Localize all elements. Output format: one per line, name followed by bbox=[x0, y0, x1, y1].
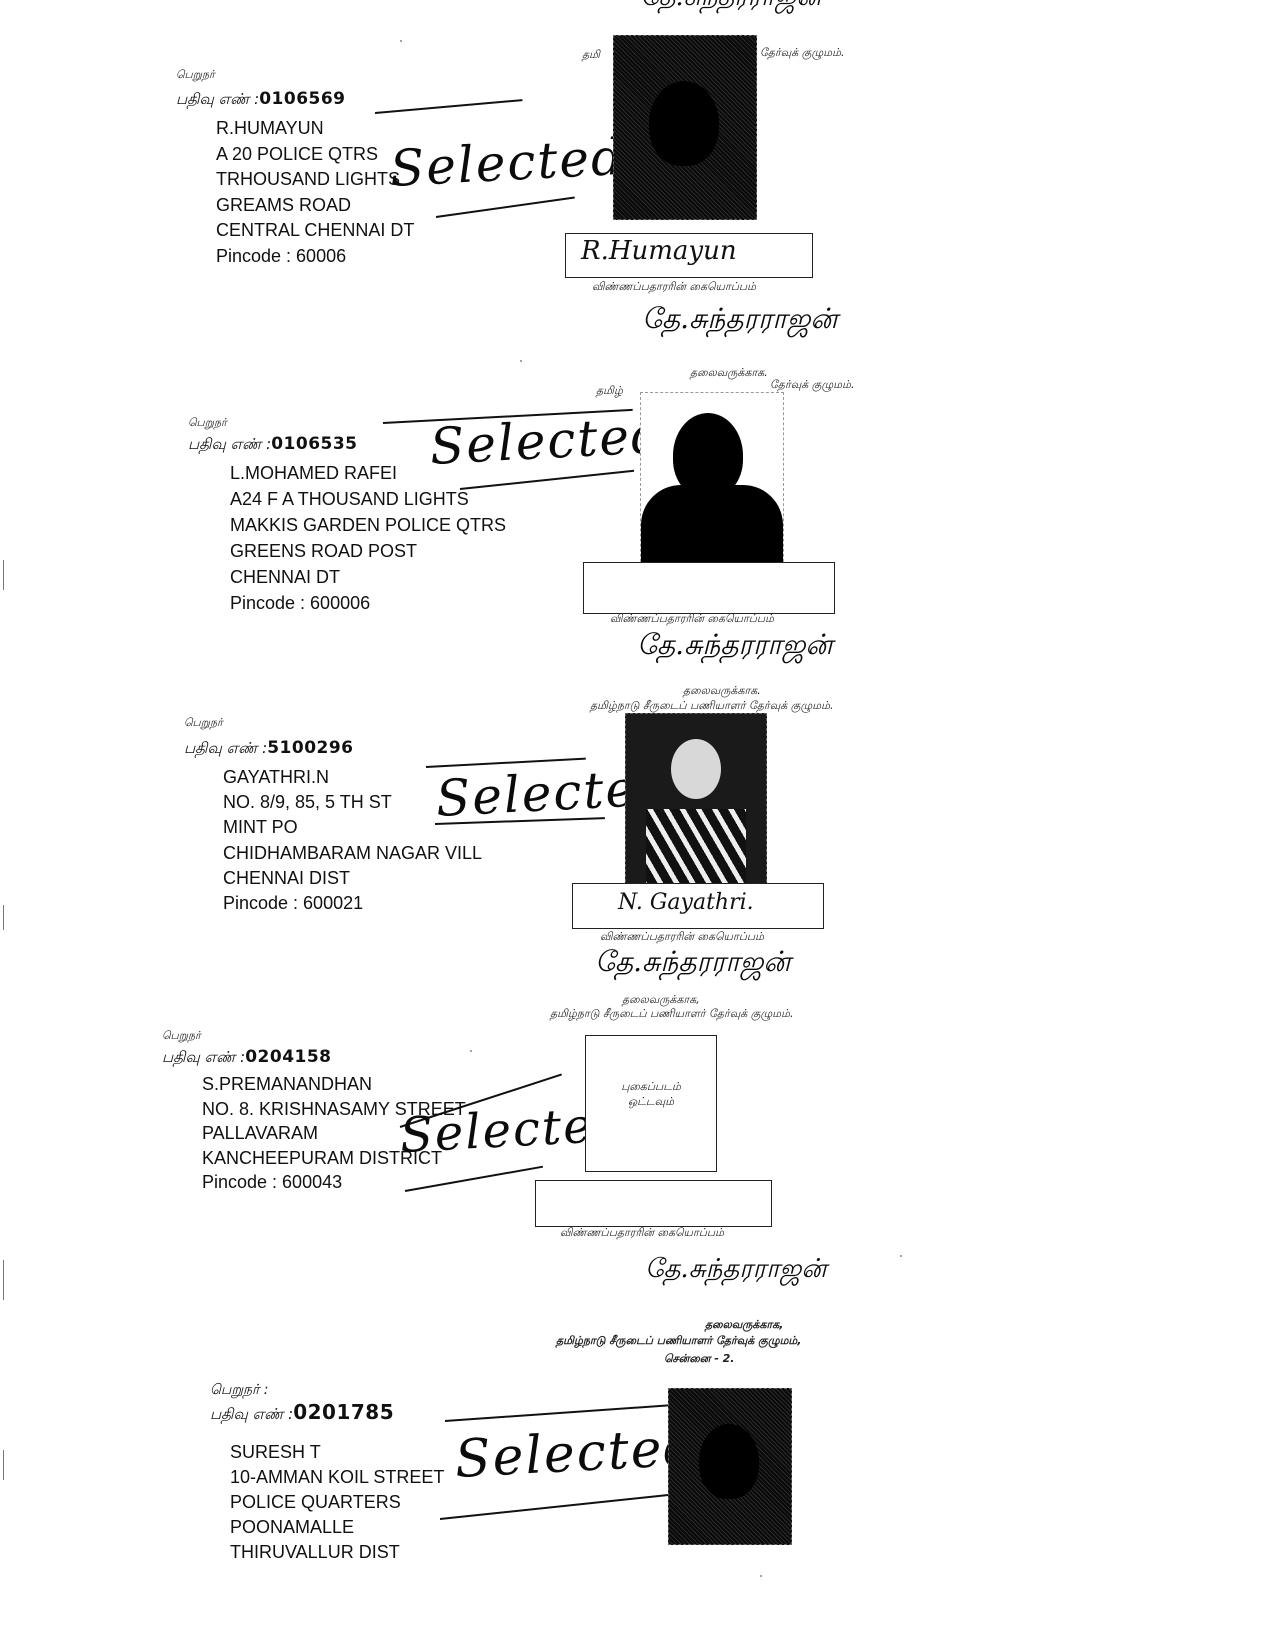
photo-placeholder-box: புகைப்படம் ஒட்டவும் bbox=[585, 1035, 717, 1172]
scan-margin-mark bbox=[3, 560, 4, 590]
scan-margin-mark bbox=[3, 905, 4, 930]
address-line: GREAMS ROAD bbox=[216, 193, 414, 219]
board-name: தமிழ்நாடு சீருடைப் பணியாளர் தேர்வுக் குழ… bbox=[550, 1007, 793, 1022]
address-line: SURESH T bbox=[230, 1440, 444, 1465]
recipient-label: பெறுநர் : bbox=[210, 1382, 268, 1400]
for-chairman-label: தலைவருக்காக, bbox=[705, 1318, 783, 1333]
address-line: A24 F A THOUSAND LIGHTS bbox=[230, 486, 506, 512]
scan-speck bbox=[520, 360, 522, 362]
applicant-signature-box bbox=[535, 1180, 772, 1227]
officer-signature: தே.சுந்தரராஜன் bbox=[645, 1254, 827, 1287]
registration-number: 0201785 bbox=[293, 1400, 394, 1424]
recipient-label: பெறுநர் bbox=[188, 416, 227, 431]
address-block: R.HUMAYUN A 20 POLICE QTRS TRHOUSAND LIG… bbox=[216, 116, 414, 269]
selected-mark: Selected bbox=[388, 128, 626, 198]
applicant-signature-label: விண்ணப்பதாரரின் கையொப்பம் bbox=[600, 930, 764, 945]
registration-number: 5100296 bbox=[267, 738, 353, 758]
photo-placeholder-line2: ஒட்டவும் bbox=[586, 1095, 716, 1110]
board-name-partial-left: தமி bbox=[582, 48, 600, 63]
registration-label: பதிவு எண் :5100296 bbox=[184, 738, 354, 759]
city-label: சென்னை - 2. bbox=[664, 1352, 734, 1367]
scan-margin-mark bbox=[3, 1450, 4, 1480]
scan-speck bbox=[760, 1575, 762, 1577]
registration-label-text: பதிவு எண் : bbox=[188, 435, 271, 453]
address-line: Pincode : 600043 bbox=[202, 1170, 466, 1195]
address-line: CENTRAL CHENNAI DT bbox=[216, 218, 414, 244]
board-name-partial-right: தேர்வுக் குழுமம். bbox=[770, 378, 854, 393]
registration-number: 0204158 bbox=[245, 1047, 331, 1067]
recipient-label: பெறுநர் bbox=[176, 68, 215, 83]
registration-label-text: பதிவு எண் : bbox=[184, 739, 267, 757]
applicant-photo bbox=[613, 35, 757, 220]
handwritten-arrow bbox=[436, 197, 575, 218]
address-line: CHENNAI DT bbox=[230, 564, 506, 590]
selected-mark: Selected bbox=[453, 1417, 700, 1490]
applicant-signature-label: விண்ணப்பதாரரின் கையொப்பம் bbox=[592, 280, 756, 295]
applicant-signature-box bbox=[583, 562, 835, 614]
applicant-signature: R.Humayun bbox=[581, 236, 737, 266]
applicant-signature-box: R.Humayun bbox=[565, 233, 813, 278]
applicant-signature-label: விண்ணப்பதாரரின் கையொப்பம் bbox=[560, 1226, 724, 1241]
address-line: CHIDHAMBARAM NAGAR VILL bbox=[223, 841, 482, 866]
for-chairman-label: தலைவருக்காக, bbox=[622, 993, 700, 1008]
registration-label-text: பதிவு எண் : bbox=[210, 1405, 293, 1423]
selected-mark: Selected bbox=[428, 406, 666, 476]
applicant-photo bbox=[625, 713, 767, 892]
scan-speck bbox=[470, 1050, 472, 1052]
scan-speck bbox=[400, 40, 402, 42]
officer-signature: தே.சுந்தரராஜன் bbox=[595, 945, 791, 982]
address-line: 10-AMMAN KOIL STREET bbox=[230, 1465, 444, 1490]
scan-margin-mark bbox=[3, 1260, 4, 1300]
address-line: R.HUMAYUN bbox=[216, 116, 414, 142]
address-line: S.PREMANANDHAN bbox=[202, 1072, 466, 1097]
address-line: A 20 POLICE QTRS bbox=[216, 142, 414, 168]
recipient-label: பெறுநர் bbox=[162, 1029, 201, 1044]
officer-signature: தே.சுந்தரராஜன் bbox=[637, 628, 833, 665]
address-line: POONAMALLE bbox=[230, 1515, 444, 1540]
registration-number: 0106569 bbox=[259, 89, 345, 109]
officer-signature-partial: தே.சுந்தரராஜன் bbox=[640, 0, 822, 15]
address-block: L.MOHAMED RAFEI A24 F A THOUSAND LIGHTS … bbox=[230, 460, 506, 616]
for-chairman-label: தலைவருக்காக. bbox=[683, 684, 761, 699]
address-line: Pincode : 60006 bbox=[216, 244, 414, 270]
officer-signature: தே.சுந்தரராஜன் bbox=[642, 302, 838, 339]
applicant-photo bbox=[668, 1388, 792, 1545]
address-line: TRHOUSAND LIGHTS bbox=[216, 167, 414, 193]
applicant-signature: N. Gayathri. bbox=[618, 890, 754, 915]
registration-label: பதிவு எண் :0204158 bbox=[162, 1047, 332, 1068]
registration-label: பதிவு எண் :0106535 bbox=[188, 434, 358, 455]
address-line: Pincode : 600006 bbox=[230, 590, 506, 616]
address-line: THIRUVALLUR DIST bbox=[230, 1540, 444, 1565]
address-line: CHENNAI DIST bbox=[223, 866, 482, 891]
address-line: MAKKIS GARDEN POLICE QTRS bbox=[230, 512, 506, 538]
address-block: SURESH T 10-AMMAN KOIL STREET POLICE QUA… bbox=[230, 1440, 444, 1565]
applicant-photo bbox=[640, 392, 784, 582]
address-line: GREENS ROAD POST bbox=[230, 538, 506, 564]
handwritten-line bbox=[440, 1492, 684, 1520]
applicant-signature-label: விண்ணப்பதாரரின் கையொப்பம் bbox=[610, 612, 774, 627]
registration-label: பதிவு எண் :0106569 bbox=[176, 89, 346, 110]
board-name-partial-left: தமிழ் bbox=[596, 384, 623, 399]
registration-number: 0106535 bbox=[271, 434, 357, 454]
photo-placeholder-line1: புகைப்படம் bbox=[586, 1080, 716, 1095]
board-name-partial-right: தேர்வுக் குழுமம். bbox=[760, 46, 844, 61]
address-line: Pincode : 600021 bbox=[223, 891, 482, 916]
registration-label: பதிவு எண் :0201785 bbox=[210, 1400, 394, 1425]
scan-speck bbox=[900, 1255, 902, 1257]
for-chairman-label: தலைவருக்காக. bbox=[690, 366, 768, 381]
board-name: தமிழ்நாடு சீருடைப் பணியாளர் தேர்வுக் குழ… bbox=[556, 1334, 801, 1349]
handwritten-line bbox=[375, 99, 523, 114]
address-line: POLICE QUARTERS bbox=[230, 1490, 444, 1515]
recipient-label: பெறுநர் bbox=[184, 716, 223, 731]
registration-label-text: பதிவு எண் : bbox=[162, 1048, 245, 1066]
board-name: தமிழ்நாடு சீருடைப் பணியாளர் தேர்வுக் குழ… bbox=[590, 699, 833, 714]
registration-label-text: பதிவு எண் : bbox=[176, 90, 259, 108]
applicant-signature-box: N. Gayathri. bbox=[572, 883, 824, 929]
